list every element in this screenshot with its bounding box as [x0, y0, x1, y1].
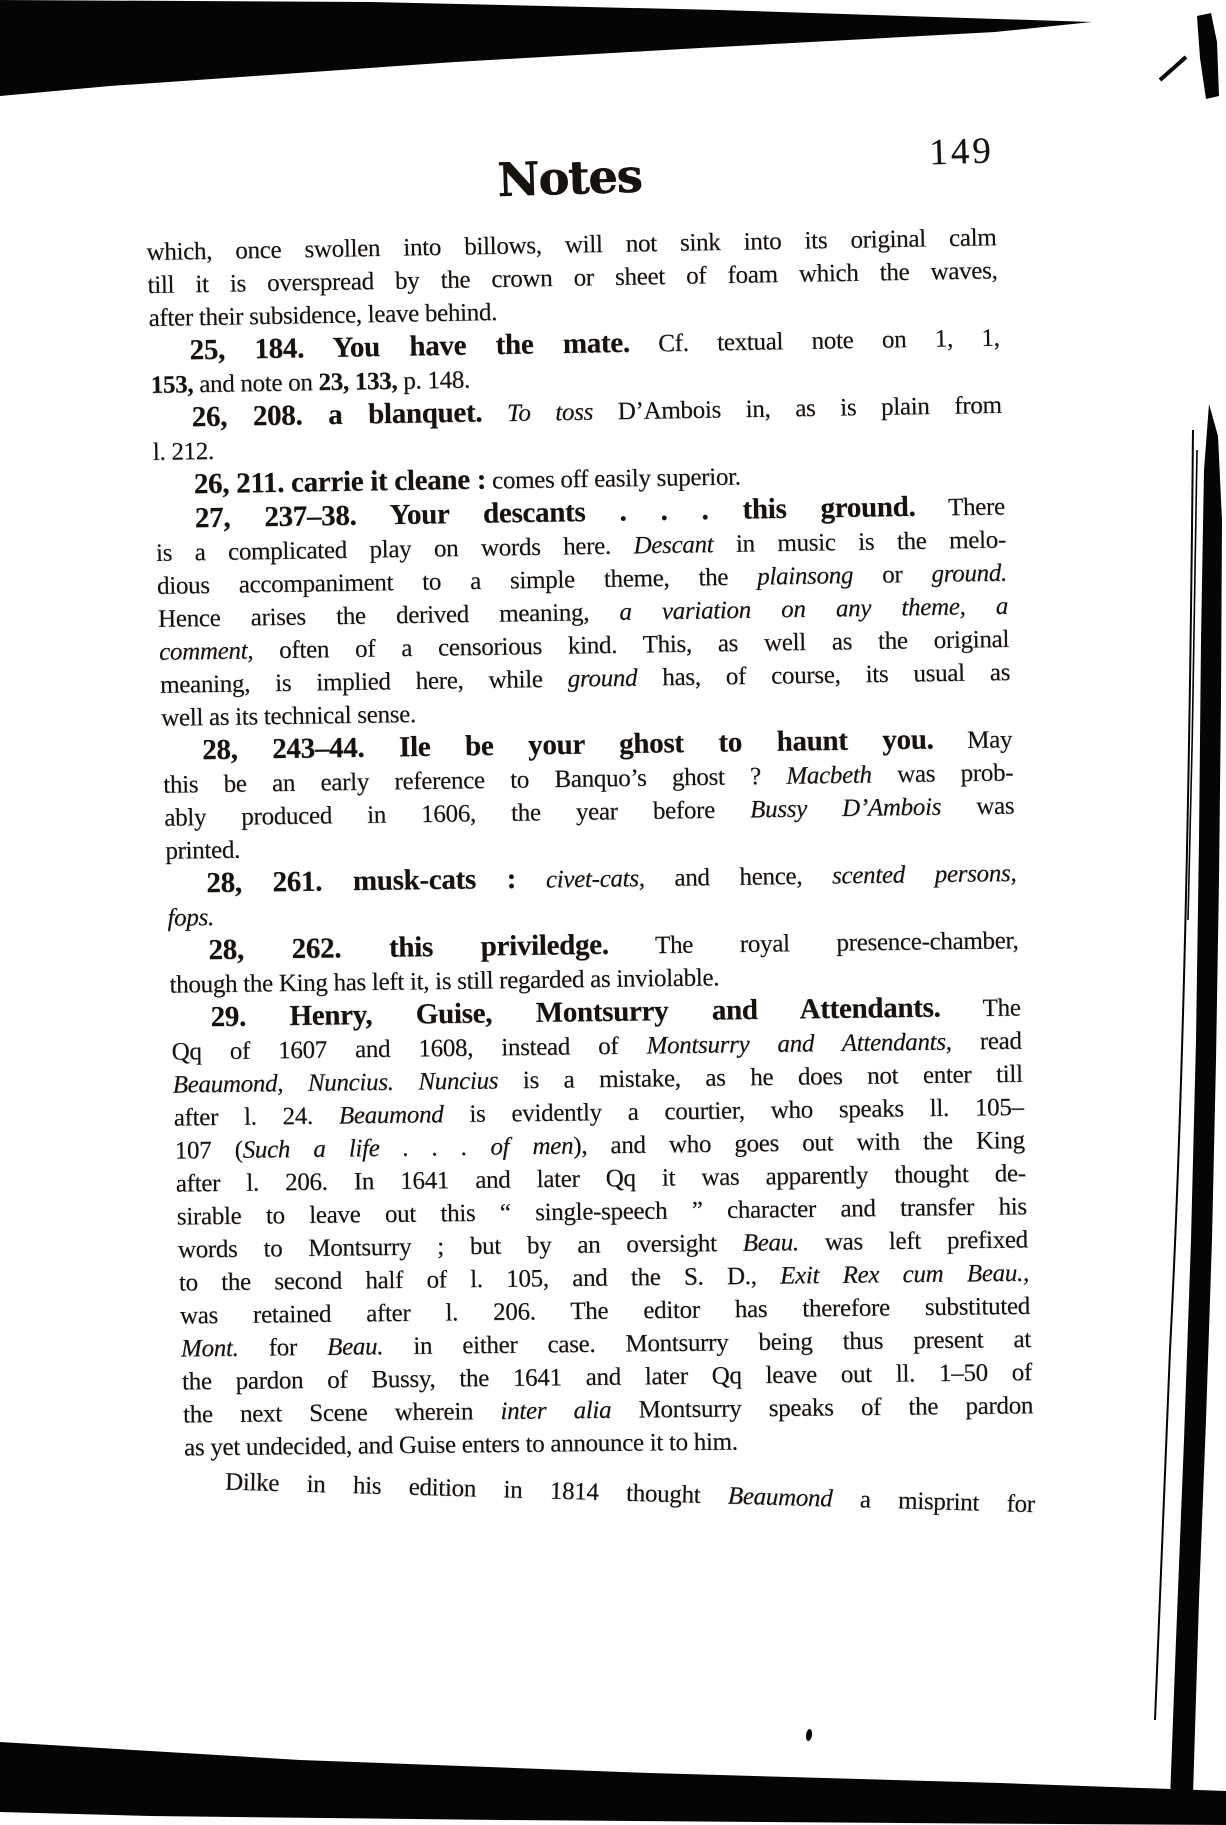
text-segment: Qq of 1607 and 1608, instead of	[171, 1032, 646, 1065]
text-segment: Beaumond, Nuncius.	[173, 1069, 394, 1099]
text-segment: inter alia	[500, 1397, 611, 1425]
text-segment: Bussy D’Ambois	[750, 794, 941, 824]
text-segment: read	[951, 1028, 1021, 1056]
scan-artifact-hairline-1	[1155, 430, 1193, 1720]
text-segment: Beaumond	[339, 1101, 444, 1129]
scan-artifact-slash	[1160, 57, 1186, 80]
text-segment: is a mistake, as he does not enter till	[498, 1061, 1023, 1095]
text-segment: meaning, is implied here, while	[160, 666, 568, 699]
text-segment: is evidently a courtier, who speaks ll. …	[443, 1094, 1024, 1128]
scan-artifact-speck	[805, 1729, 813, 1742]
text-line: Dilke in his edition in 1814 thought Bea…	[185, 1464, 1036, 1521]
text-segment: Dilke in his edition in 1814 thought	[225, 1469, 729, 1510]
text-segment: Beaumond	[728, 1483, 833, 1513]
text-segment: Mont.	[181, 1335, 239, 1363]
text-segment: for	[238, 1334, 327, 1362]
text-segment: to the second half of l. 105, and the S.…	[179, 1263, 780, 1297]
text-segment: 26, 211. carrie it cleane :	[194, 464, 487, 501]
scan-artifact-top-right-sliver	[1197, 13, 1219, 99]
text-segment: plainsong	[757, 562, 853, 590]
text-segment: Beau.	[743, 1229, 799, 1257]
text-segment: in music is the melo-	[713, 526, 1006, 558]
text-segment: in either case. Montsurry being thus pre…	[383, 1326, 1031, 1360]
text-segment: Beau.	[327, 1333, 383, 1361]
text-segment	[482, 400, 507, 427]
text-segment: To toss	[507, 399, 593, 427]
text-segment: printed.	[165, 837, 240, 865]
text-segment: comes off easily superior.	[486, 463, 741, 494]
scan-artifact-hairline-2	[1188, 450, 1197, 920]
text-segment: Such a life . . . of men	[242, 1133, 573, 1164]
text-segment: l. 212.	[153, 438, 215, 466]
text-segment: The royal presence-chamber,	[609, 927, 1019, 960]
page-title: Notes	[144, 139, 995, 216]
text-segment: fops.	[167, 904, 214, 932]
text-segment	[516, 866, 546, 893]
text-segment: and hence,	[644, 863, 832, 893]
text-segment: Macbeth	[786, 761, 872, 789]
text-segment: p. 148.	[397, 367, 470, 395]
text-segment: words to Montsurry ; but by an oversight	[178, 1230, 743, 1264]
text-segment: is a complicated play on words here.	[156, 532, 634, 566]
text-segment: Descant	[633, 531, 713, 559]
text-segment: There	[915, 493, 1005, 521]
text-segment: May	[933, 726, 1012, 754]
text-segment: D’Ambois in, as is plain from	[593, 392, 1002, 426]
text-segment: comment,	[159, 637, 254, 665]
text-segment: a misprint for	[832, 1485, 1035, 1518]
text-segment: 28, 261. musk-cats :	[206, 863, 516, 899]
text-segment: Nuncius	[418, 1067, 498, 1095]
text-segment: 26, 208. a blanquet.	[191, 396, 482, 433]
page-number: 149	[929, 131, 995, 173]
text-segment: civet-cats,	[546, 865, 645, 893]
text-segment: 153,	[150, 371, 193, 399]
text-segment	[393, 1068, 418, 1095]
text-segment: has, of course, its usual as	[637, 659, 1010, 692]
text-segment: though the King has left it, is still re…	[169, 964, 719, 998]
text-segment: Montsurry speaks of the pardon	[611, 1392, 1033, 1424]
scan-artifact-right-streak	[1170, 404, 1222, 1800]
text-segment: ably produced in 1606, the year before	[164, 796, 750, 831]
text-segment: was	[941, 793, 1015, 821]
text-segment: 23, 133,	[318, 368, 397, 396]
text-segment: Montsurry and Attendants,	[646, 1029, 951, 1060]
text-segment: after l. 24.	[174, 1102, 339, 1131]
text-segment: a variation on any theme, a	[619, 593, 1008, 626]
scan-artifact-bottom-wedge	[0, 1742, 1226, 1825]
text-segment: scented persons,	[832, 860, 1017, 890]
text-segment: ), and who goes out with the King	[573, 1127, 1025, 1160]
text-segment: ground	[567, 665, 637, 693]
scanned-page: Notes 149 which, once swollen into billo…	[0, 0, 1226, 1825]
text-segment: 107 (	[175, 1137, 243, 1165]
text-segment: 25, 184. You have the mate.	[189, 327, 630, 366]
text-segment: as yet undecided, and Guise enters to an…	[184, 1429, 738, 1462]
text-segment: Hence arises the derived meaning,	[158, 599, 620, 633]
text-segment: ground.	[931, 560, 1007, 588]
text-segment: Cf. textual note on 1, 1,	[630, 325, 1000, 358]
text-segment: or	[853, 561, 932, 589]
text-segment: after their subsidence, leave behind.	[148, 299, 497, 332]
text-segment: the next Scene wherein	[183, 1398, 501, 1428]
text-segment: 28, 262. this priviledge.	[208, 929, 609, 966]
text-segment: Exit Rex cum Beau.,	[780, 1260, 1029, 1290]
text-segment: was prob-	[871, 759, 1013, 788]
text-block: which, once swollen into billows, will n…	[146, 209, 1035, 1497]
page-content: Notes 149 which, once swollen into billo…	[146, 209, 1035, 1497]
text-segment: The	[940, 994, 1020, 1022]
text-segment: and note on	[193, 369, 319, 398]
text-segment: well as its technical sense.	[161, 701, 416, 732]
scan-artifact-top-wedge	[0, 0, 1092, 96]
text-segment: was left prefixed	[799, 1226, 1028, 1256]
